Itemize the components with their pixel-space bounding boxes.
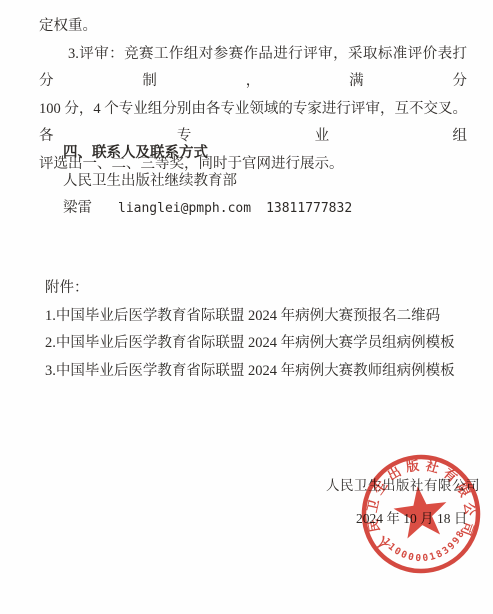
seal-serial-holder: 1100000183998 xyxy=(380,527,471,569)
seal-serial-number: 1100000183998 xyxy=(380,527,471,569)
section-heading-contact: 四、联系人及联系方式 xyxy=(63,140,467,168)
body-line-2: 3.评审：竞赛工作组对参赛作品进行评审，采取标准评价表打分制，满分 xyxy=(39,41,467,96)
seal-ring-text: 人民卫生出版社有限公司 xyxy=(358,452,481,555)
contact-email: lianglei@pmph.com xyxy=(118,201,251,216)
attachments-label: 附件： xyxy=(45,275,467,303)
attachments-section: 附件： 1.中国毕业后医学教育省际联盟 2024 年病例大赛预报名二维码 2.中… xyxy=(45,275,467,385)
attachment-item: 1.中国毕业后医学教育省际联盟 2024 年病例大赛预报名二维码 xyxy=(45,303,467,331)
attachment-item: 3.中国毕业后医学教育省际联盟 2024 年病例大赛教师组病例模板 xyxy=(45,358,467,386)
body-line-1: 定权重。 xyxy=(39,13,467,41)
contact-line: 梁雷lianglei@pmph.com13811777832 xyxy=(63,195,467,223)
seal-ring-text-holder: 人民卫生出版社有限公司 xyxy=(358,452,481,555)
signature-company: 人民卫生出版社有限公司 xyxy=(326,479,480,493)
attachment-item: 2.中国毕业后医学教育省际联盟 2024 年病例大赛学员组病例模板 xyxy=(45,330,467,358)
contact-section: 四、联系人及联系方式 人民卫生出版社继续教育部 梁雷lianglei@pmph.… xyxy=(63,140,467,223)
contact-name: 梁雷 xyxy=(63,200,92,216)
contact-phone: 13811777832 xyxy=(266,201,352,216)
signature-date: 2024 年 10 月 18 日 xyxy=(356,512,467,526)
scanned-document-page: 定权重。 3.评审：竞赛工作组对参赛作品进行评审，采取标准评价表打分制，满分 1… xyxy=(0,0,493,614)
department-line: 人民卫生出版社继续教育部 xyxy=(63,168,467,196)
